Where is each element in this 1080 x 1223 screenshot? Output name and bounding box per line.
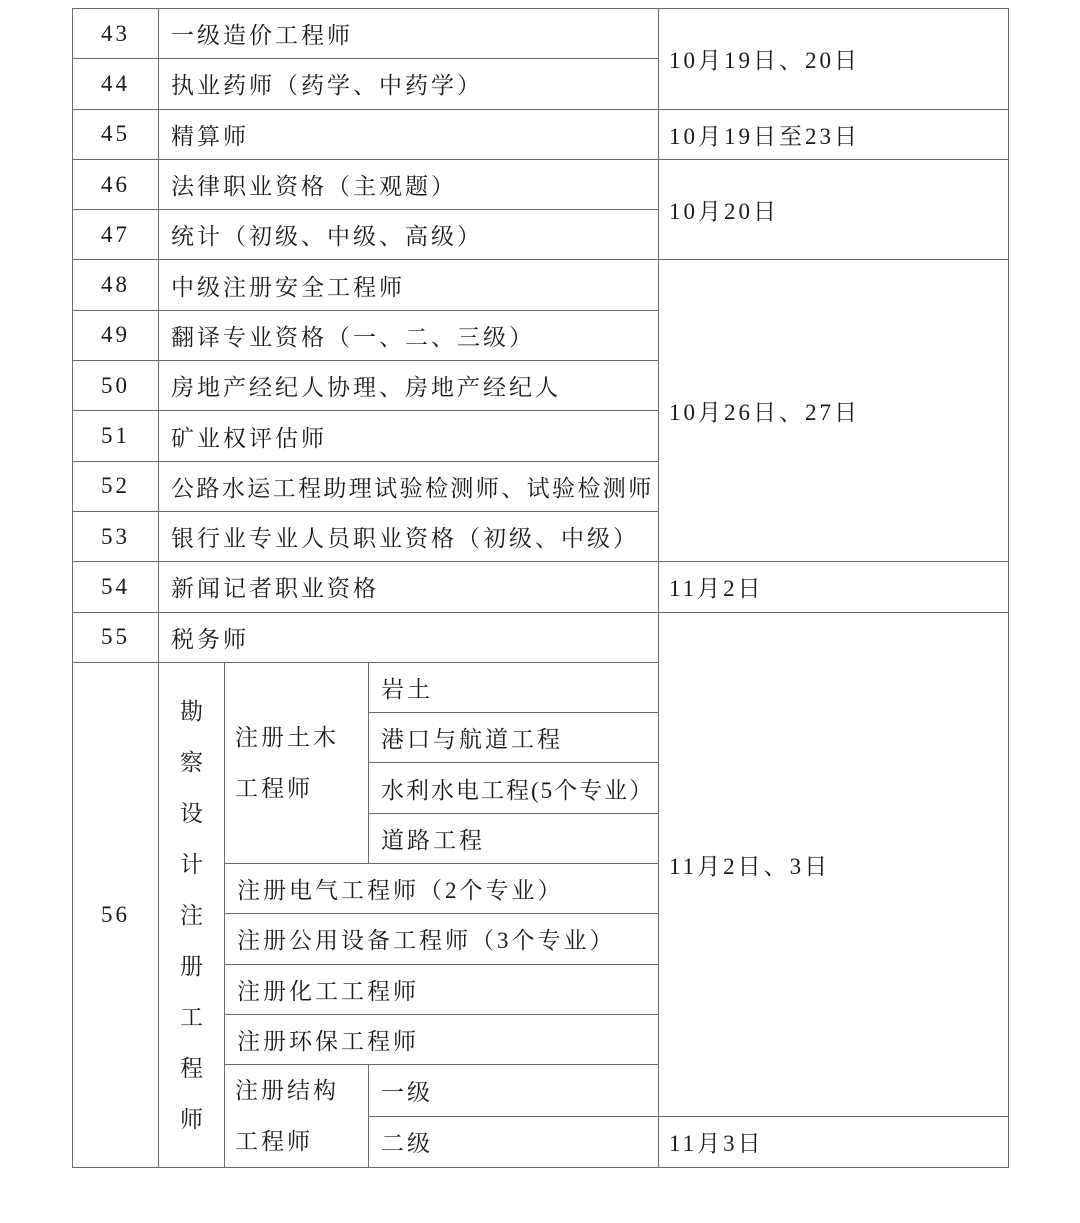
row-number: 43 [73, 9, 159, 59]
table-row: 48 中级注册安全工程师 10月26日、27日 [73, 260, 1009, 310]
specialty-name: 岩土 [369, 662, 659, 712]
row-number: 52 [73, 461, 159, 511]
specialty-name: 水利水电工程(5个专业） [369, 763, 659, 813]
exam-date: 10月20日 [659, 159, 1009, 260]
specialty-name: 一级 [369, 1065, 659, 1117]
structural-engineer-group: 注册结构 工程师 [225, 1065, 369, 1168]
specialty-name: 二级 [369, 1116, 659, 1168]
table-row: 43 一级造价工程师 10月19日、20日 [73, 9, 1009, 59]
group-label: 工程师 [235, 1116, 368, 1167]
row-number: 49 [73, 310, 159, 360]
specialty-name: 道路工程 [369, 813, 659, 863]
category-label: 勘察设计注册工程师 [179, 686, 205, 1145]
row-number: 55 [73, 612, 159, 662]
row-number: 54 [73, 562, 159, 612]
exam-name: 税务师 [159, 612, 659, 662]
row-number: 45 [73, 109, 159, 159]
row-number: 56 [73, 662, 159, 1167]
row-number: 51 [73, 411, 159, 461]
table-row: 46 法律职业资格（主观题） 10月20日 [73, 159, 1009, 209]
exam-date: 10月19日至23日 [659, 109, 1009, 159]
exam-name: 执业药师（药学、中药学） [159, 59, 659, 109]
exam-name: 新闻记者职业资格 [159, 562, 659, 612]
group-label: 注册土木 [235, 712, 368, 763]
exam-name: 统计（初级、中级、高级） [159, 210, 659, 260]
row-number: 50 [73, 361, 159, 411]
row-number: 53 [73, 511, 159, 561]
exam-name: 注册电气工程师（2个专业） [225, 864, 659, 914]
exam-date: 11月2日、3日 [659, 612, 1009, 1116]
table-row: 45 精算师 10月19日至23日 [73, 109, 1009, 159]
exam-date: 10月26日、27日 [659, 260, 1009, 562]
category-cell: 勘察设计注册工程师 [159, 662, 225, 1167]
row-number: 47 [73, 210, 159, 260]
exam-name: 矿业权评估师 [159, 411, 659, 461]
civil-engineer-group: 注册土木 工程师 [225, 662, 369, 863]
table-row: 55 税务师 11月2日、3日 [73, 612, 1009, 662]
exam-date: 11月3日 [659, 1116, 1009, 1168]
exam-schedule-table: 43 一级造价工程师 10月19日、20日 44 执业药师（药学、中药学） 45… [72, 8, 1009, 1168]
exam-name: 注册公用设备工程师（3个专业） [225, 914, 659, 964]
exam-name: 法律职业资格（主观题） [159, 159, 659, 209]
exam-name: 翻译专业资格（一、二、三级） [159, 310, 659, 360]
exam-name: 一级造价工程师 [159, 9, 659, 59]
table-row: 54 新闻记者职业资格 11月2日 [73, 562, 1009, 612]
exam-name: 银行业专业人员职业资格（初级、中级） [159, 511, 659, 561]
exam-date: 11月2日 [659, 562, 1009, 612]
exam-date: 10月19日、20日 [659, 9, 1009, 110]
group-label: 注册结构 [235, 1065, 368, 1116]
exam-name: 注册化工工程师 [225, 964, 659, 1014]
exam-name: 注册环保工程师 [225, 1014, 659, 1064]
exam-name: 房地产经纪人协理、房地产经纪人 [159, 361, 659, 411]
row-number: 44 [73, 59, 159, 109]
row-number: 48 [73, 260, 159, 310]
exam-name: 精算师 [159, 109, 659, 159]
exam-name: 中级注册安全工程师 [159, 260, 659, 310]
row-number: 46 [73, 159, 159, 209]
specialty-name: 港口与航道工程 [369, 713, 659, 763]
group-label: 工程师 [235, 763, 368, 814]
exam-name: 公路水运工程助理试验检测师、试验检测师 [159, 461, 659, 511]
